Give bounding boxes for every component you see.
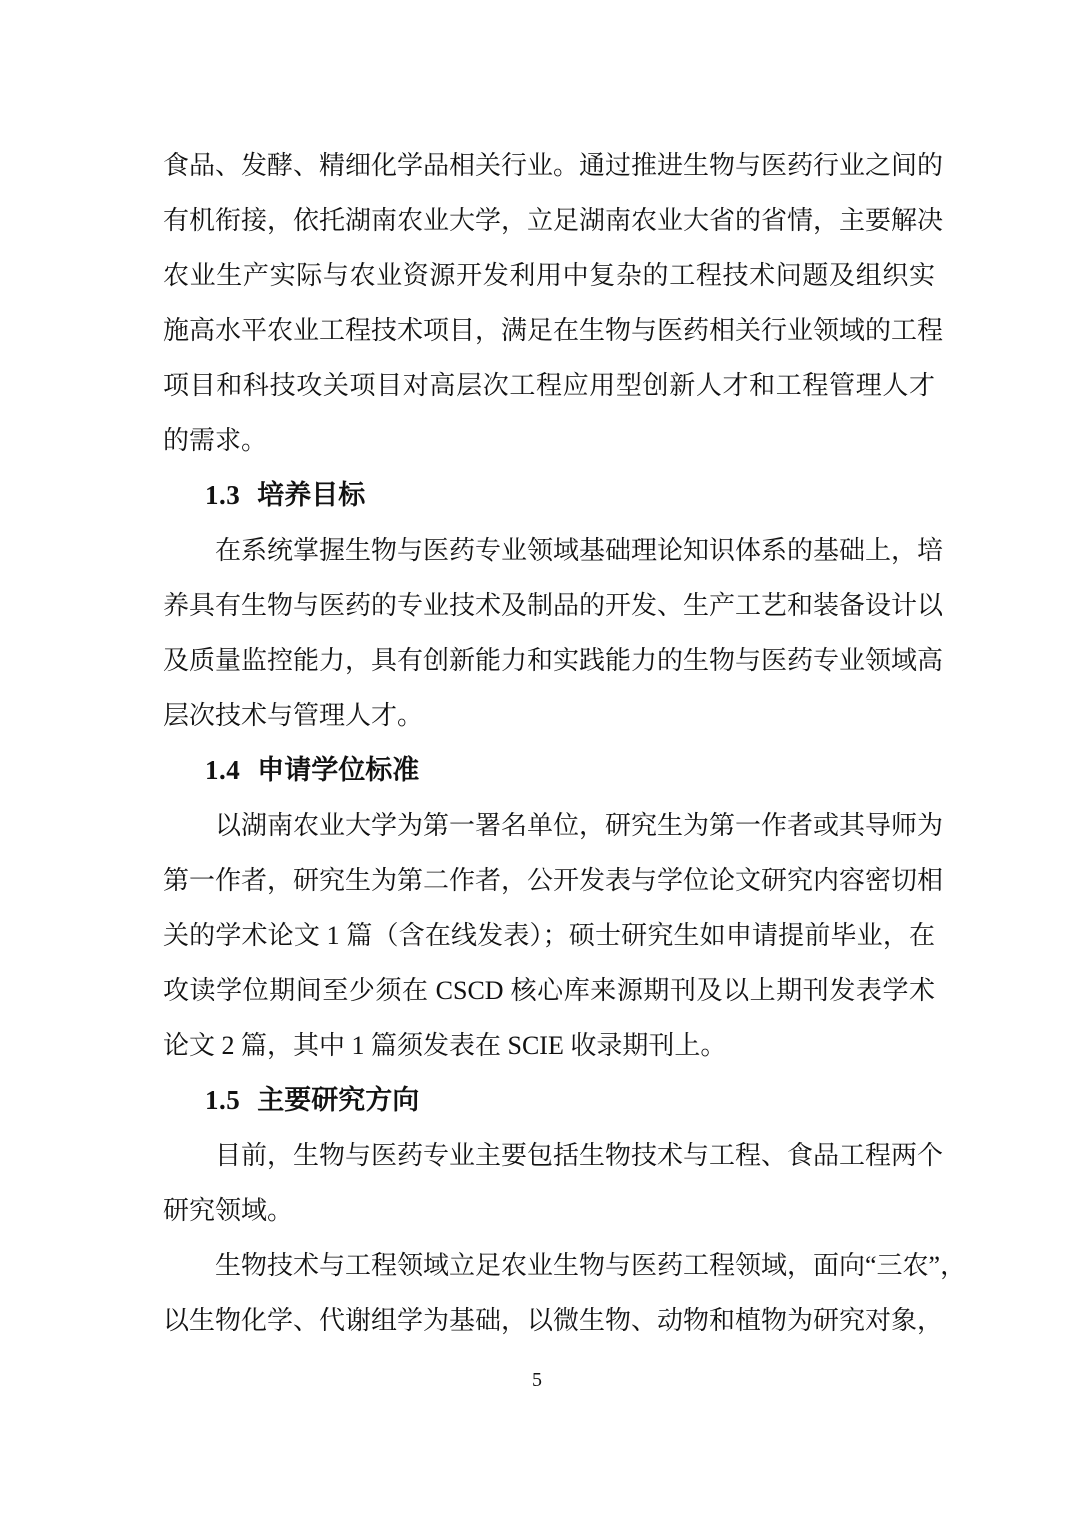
section-number: 1.5 [205, 1085, 240, 1115]
text-line: 食品、发酵、精细化学品相关行业。通过推进生物与医药行业之间的 [163, 138, 935, 193]
section-title: 培养目标 [257, 480, 365, 510]
text-line: 第一作者，研究生为第二作者，公开发表与学位论文研究内容密切相 [163, 853, 935, 908]
text-line: 在系统掌握生物与医药专业领域基础理论知识体系的基础上，培 [163, 523, 935, 578]
text-line: 施高水平农业工程技术项目，满足在生物与医药相关行业领域的工程 [163, 303, 935, 358]
text-line: 研究领域。 [163, 1183, 935, 1238]
text-line: 攻读学位期间至少须在 CSCD 核心库来源期刊及以上期刊发表学术 [163, 963, 935, 1018]
section-title: 申请学位标准 [257, 755, 419, 785]
section-heading-1-3: 1.3培养目标 [163, 468, 935, 523]
document-body: 食品、发酵、精细化学品相关行业。通过推进生物与医药行业之间的 有机衔接，依托湖南… [163, 138, 935, 1348]
section-number: 1.4 [205, 755, 240, 785]
text-line: 农业生产实际与农业资源开发利用中复杂的工程技术问题及组织实 [163, 248, 935, 303]
section-number: 1.3 [205, 480, 240, 510]
text-line: 目前，生物与医药专业主要包括生物技术与工程、食品工程两个 [163, 1128, 935, 1183]
text-line: 有机衔接，依托湖南农业大学，立足湖南农业大省的省情，主要解决 [163, 193, 935, 248]
section-title: 主要研究方向 [257, 1085, 419, 1115]
text-line: 养具有生物与医药的专业技术及制品的开发、生产工艺和装备设计以 [163, 578, 935, 633]
document-page: 食品、发酵、精细化学品相关行业。通过推进生物与医药行业之间的 有机衔接，依托湖南… [0, 0, 1074, 1520]
text-line: 论文 2 篇，其中 1 篇须发表在 SCIE 收录期刊上。 [163, 1018, 935, 1073]
text-line: 关的学术论文 1 篇（含在线发表）；硕士研究生如申请提前毕业，在 [163, 908, 935, 963]
text-line: 层次技术与管理人才。 [163, 688, 935, 743]
text-line: 生物技术与工程领域立足农业生物与医药工程领域，面向“三农”， [163, 1238, 935, 1293]
page-number: 5 [0, 1353, 1074, 1408]
text-line: 以湖南农业大学为第一署名单位，研究生为第一作者或其导师为 [163, 798, 935, 853]
text-line: 项目和科技攻关项目对高层次工程应用型创新人才和工程管理人才 [163, 358, 935, 413]
text-line: 及质量监控能力，具有创新能力和实践能力的生物与医药专业领域高 [163, 633, 935, 688]
section-heading-1-5: 1.5主要研究方向 [163, 1073, 935, 1128]
text-line: 的需求。 [163, 413, 935, 468]
section-heading-1-4: 1.4申请学位标准 [163, 743, 935, 798]
text-line: 以生物化学、代谢组学为基础，以微生物、动物和植物为研究对象， [163, 1293, 935, 1348]
